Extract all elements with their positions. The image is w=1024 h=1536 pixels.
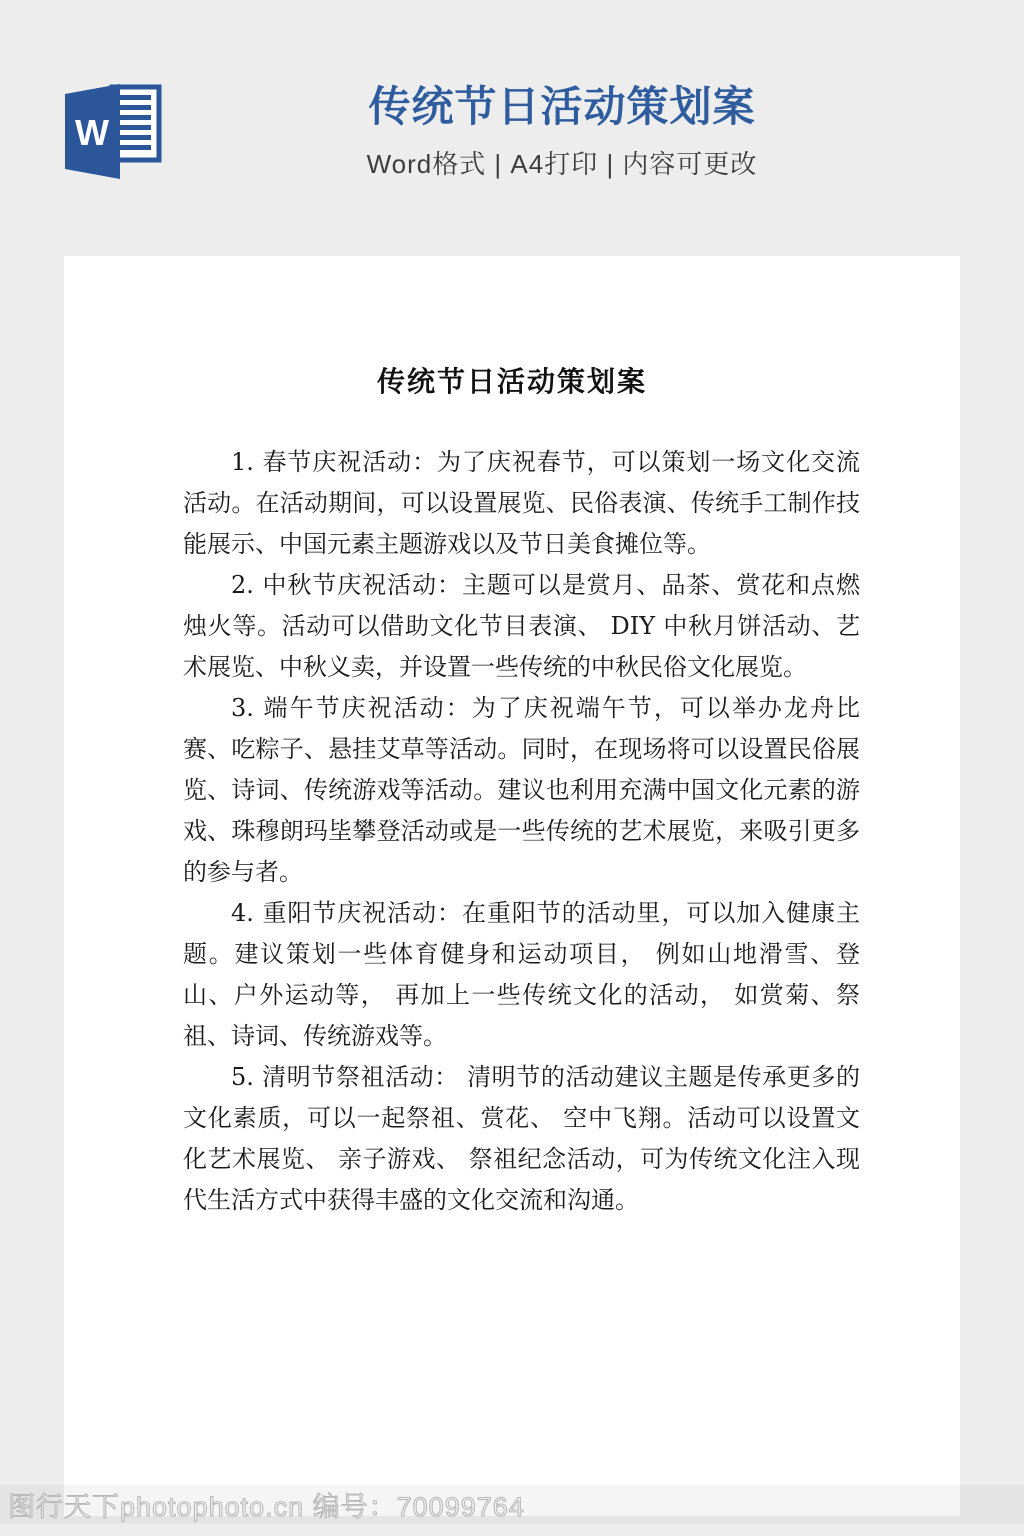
watermark-text: 图行天下photophoto.cn 编号：70099764 xyxy=(0,1485,525,1524)
template-title: 传统节日活动策划案 xyxy=(368,83,755,131)
watermark-strip: 图行天下photophoto.cn 编号：70099764 xyxy=(0,1485,1024,1524)
document-page: 传统节日活动策划案 1. 春节庆祝活动：为了庆祝春节，可以策划一场文化交流活动。… xyxy=(64,256,960,1516)
word-document-icon: W xyxy=(64,83,164,181)
word-icon-letter: W xyxy=(75,112,109,153)
paragraph-mid-autumn: 2. 中秋节庆祝活动：主题可以是赏月、品茶、赏花和点燃烛火等。活动可以借助文化节… xyxy=(183,565,860,688)
template-header: W 传统节日活动策划案 Word格式 | A4打印 | 内容可更改 xyxy=(64,80,960,184)
document-title: 传统节日活动策划案 xyxy=(64,360,960,400)
document-body: 1. 春节庆祝活动：为了庆祝春节，可以策划一场文化交流活动。在活动期间，可以设置… xyxy=(183,442,860,1221)
paragraph-dragon-boat: 3. 端午节庆祝活动：为了庆祝端午节，可以举办龙舟比赛、吃粽子、悬挂艾草等活动。… xyxy=(183,688,860,893)
paragraph-double-ninth: 4. 重阳节庆祝活动：在重阳节的活动里，可以加入健康主题。建议策划一些体育健身和… xyxy=(183,893,860,1057)
template-subtitle: Word格式 | A4打印 | 内容可更改 xyxy=(367,144,758,181)
word-icon-graphic: W xyxy=(64,83,164,181)
paragraph-spring-festival: 1. 春节庆祝活动：为了庆祝春节，可以策划一场文化交流活动。在活动期间，可以设置… xyxy=(183,442,860,565)
paragraph-qingming: 5. 清明节祭祖活动： 清明节的活动建议主题是传承更多的文化素质，可以一起祭祖、… xyxy=(183,1057,860,1221)
header-text-block: 传统节日活动策划案 Word格式 | A4打印 | 内容可更改 xyxy=(164,83,960,181)
template-preview: { "header": { "title": "传统节日活动策划案", "sub… xyxy=(0,0,1024,1536)
